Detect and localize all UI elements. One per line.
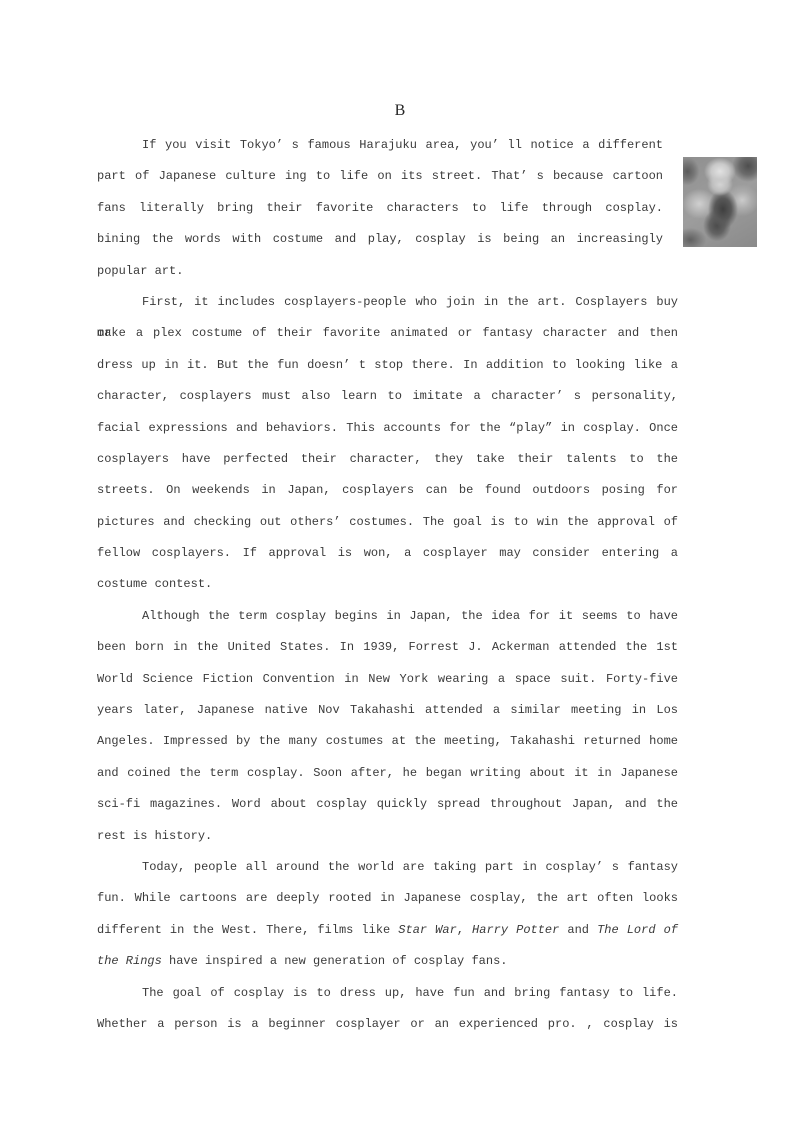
text-line: cosplayers have perfected their characte… bbox=[97, 444, 678, 475]
cosplayer-photo bbox=[683, 157, 757, 247]
text-line: sci-fi magazines. Word about cosplay qui… bbox=[97, 789, 678, 820]
text-line: rest is history. bbox=[97, 821, 678, 852]
text-segment: and bbox=[559, 923, 597, 937]
text-line: fans literally bring their favorite char… bbox=[97, 193, 663, 224]
text-line: facial expressions and behaviors. This a… bbox=[97, 413, 678, 444]
text-line: If you visit Tokyo’ s famous Harajuku ar… bbox=[97, 130, 663, 161]
paragraph-1: If you visit Tokyo’ s famous Harajuku ar… bbox=[97, 130, 678, 287]
passage-text: If you visit Tokyo’ s famous Harajuku ar… bbox=[97, 130, 678, 1040]
text-line: character, cosplayers must also learn to… bbox=[97, 381, 678, 412]
text-line: First, it includes cosplayers-people who… bbox=[97, 287, 678, 318]
text-line: Whether a person is a beginner cosplayer… bbox=[97, 1009, 678, 1040]
film-title-star-war: Star War bbox=[398, 923, 456, 937]
text-line: costume contest. bbox=[97, 569, 678, 600]
film-title-lord-of-the-rings-cont: the Rings bbox=[97, 954, 162, 968]
text-line: Although the term cosplay begins in Japa… bbox=[97, 601, 678, 632]
text-line: The goal of cosplay is to dress up, have… bbox=[97, 978, 678, 1009]
document-page: B If you visit Tokyo’ s famous Harajuku … bbox=[0, 0, 800, 1132]
text-line: fun. While cartoons are deeply rooted in… bbox=[97, 883, 678, 914]
text-line: World Science Fiction Convention in New … bbox=[97, 664, 678, 695]
text-line: different in the West. There, films like… bbox=[97, 915, 678, 946]
text-line: and coined the term cosplay. Soon after,… bbox=[97, 758, 678, 789]
text-line: Angeles. Impressed by the many costumes … bbox=[97, 726, 678, 757]
text-line: Today, people all around the world are t… bbox=[97, 852, 678, 883]
film-title-harry-potter: Harry Potter bbox=[472, 923, 559, 937]
film-title-lord-of-the-rings: The Lord of bbox=[597, 923, 678, 937]
paragraph-5: The goal of cosplay is to dress up, have… bbox=[97, 978, 678, 1041]
text-segment: different in the West. There, films like bbox=[97, 923, 398, 937]
text-line: popular art. bbox=[97, 256, 663, 287]
text-segment: , bbox=[457, 923, 472, 937]
text-line: years later, Japanese native Nov Takahas… bbox=[97, 695, 678, 726]
paragraph-3: Although the term cosplay begins in Japa… bbox=[97, 601, 678, 852]
paragraph-4: Today, people all around the world are t… bbox=[97, 852, 678, 978]
text-line: dress up in it. But the fun doesn’ t sto… bbox=[97, 350, 678, 381]
text-line: been born in the United States. In 1939,… bbox=[97, 632, 678, 663]
text-line: make a plex costume of their favorite an… bbox=[97, 318, 678, 349]
paragraph-2: First, it includes cosplayers-people who… bbox=[97, 287, 678, 601]
text-line: part of Japanese culture ing to life on … bbox=[97, 161, 663, 192]
text-line: bining the words with costume and play, … bbox=[97, 224, 663, 255]
text-line: the Rings have inspired a new generation… bbox=[97, 946, 678, 977]
text-line: pictures and checking out others’ costum… bbox=[97, 507, 678, 538]
section-heading: B bbox=[0, 98, 800, 124]
text-segment: have inspired a new generation of cospla… bbox=[162, 954, 508, 968]
text-line: fellow cosplayers. If approval is won, a… bbox=[97, 538, 678, 569]
text-line: streets. On weekends in Japan, cosplayer… bbox=[97, 475, 678, 506]
